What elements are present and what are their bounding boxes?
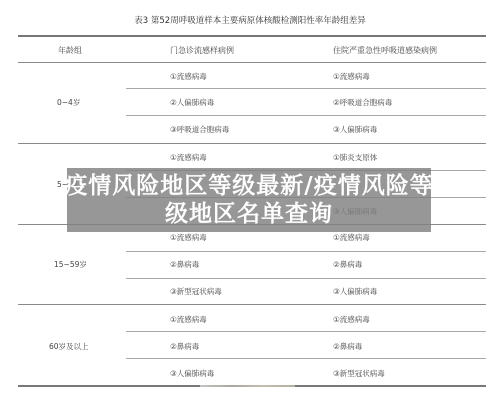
row-divider	[126, 278, 486, 279]
row-divider	[126, 251, 486, 252]
outpatient-cell: ③新型冠状病毒	[170, 287, 222, 297]
title-overlay-banner: 疫情风险地区等级最新/疫情风险等 级地区名单查询	[67, 168, 431, 232]
outpatient-cell: ②鼻病毒	[170, 342, 199, 352]
overlay-line-1: 疫情风险地区等级最新/疫情风险等	[64, 172, 433, 200]
header-bottom-rule	[18, 62, 486, 63]
inpatient-cell: ①流感病毒	[333, 233, 370, 243]
row-divider	[126, 115, 486, 116]
inpatient-cell: ③人偏肺病毒	[333, 125, 377, 135]
outpatient-cell: ③人偏肺病毒	[170, 369, 214, 379]
age-group-cell: 60岁及以上	[49, 342, 89, 352]
header-age-group: 年龄组	[58, 46, 82, 56]
inpatient-cell: ②鼻病毒	[333, 260, 362, 270]
inpatient-cell: ①流感病毒	[333, 315, 370, 325]
inpatient-cell: ①流感病毒	[333, 72, 370, 82]
row-divider	[126, 88, 486, 89]
image-artifact	[200, 385, 295, 387]
row-divider	[126, 331, 486, 332]
outpatient-cell: ①流感病毒	[170, 315, 207, 325]
inpatient-cell: ②鼻病毒	[333, 342, 362, 352]
inpatient-cell: ②呼吸道合胞病毒	[333, 98, 392, 108]
inpatient-cell: ③人偏肺病毒	[333, 287, 377, 297]
outpatient-cell: ①流感病毒	[170, 153, 207, 163]
header-outpatient: 门急诊流感样病例	[170, 46, 234, 56]
age-group-cell: 0~4岁	[57, 98, 80, 108]
age-group-cell: 15~59岁	[54, 260, 87, 270]
header-inpatient: 住院严重急性呼吸道感染病例	[333, 46, 437, 56]
outpatient-cell: ②人偏肺病毒	[170, 98, 214, 108]
group-divider	[18, 304, 486, 305]
outpatient-cell: ①流感病毒	[170, 233, 207, 243]
outpatient-cell: ①流感病毒	[170, 72, 207, 82]
table-title: 表3 第52周呼吸道样本主要病原体核酸检测阳性率年龄组差异	[0, 14, 500, 26]
inpatient-cell: ①肺炎支原体	[333, 153, 377, 163]
group-divider	[18, 143, 486, 144]
overlay-line-2: 级地区名单查询	[165, 200, 333, 228]
outpatient-cell: ③呼吸道合胞病毒	[170, 125, 229, 135]
outpatient-cell: ②鼻病毒	[170, 260, 199, 270]
table-top-rule	[18, 35, 486, 37]
inpatient-cell: ③新型冠状病毒	[333, 369, 385, 379]
row-divider	[126, 358, 486, 359]
